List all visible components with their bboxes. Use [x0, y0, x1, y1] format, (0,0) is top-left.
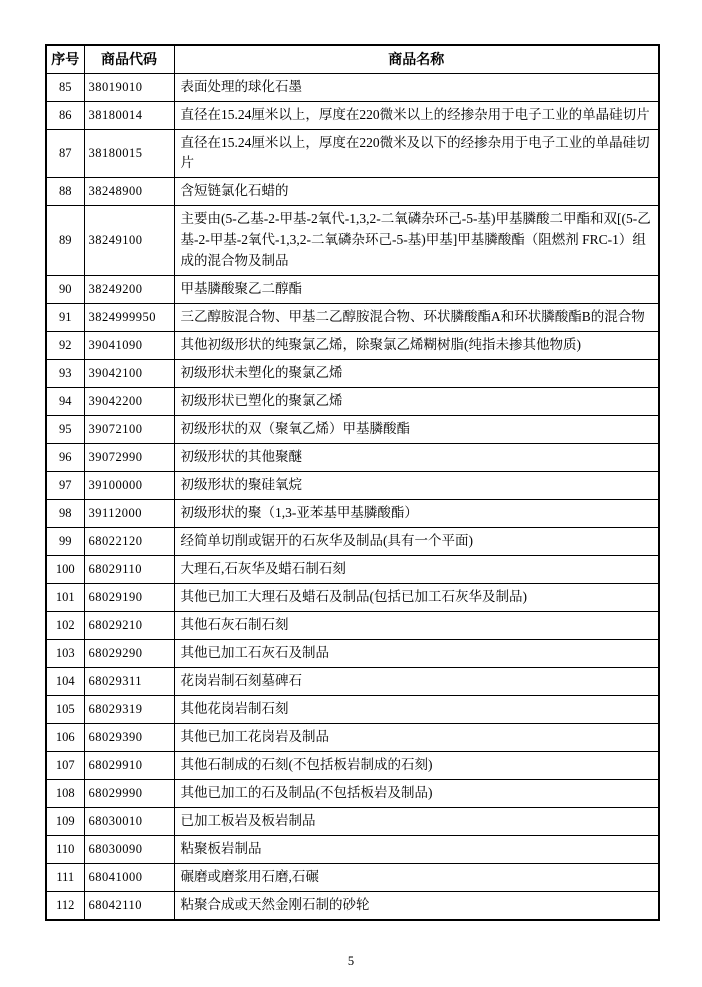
row-no: 106	[46, 724, 84, 752]
row-code: 68029190	[84, 584, 174, 612]
row-name: 花岗岩制石刻墓碑石	[174, 668, 659, 696]
row-name: 碾磨或磨浆用石磨,石碾	[174, 864, 659, 892]
row-code: 39072100	[84, 416, 174, 444]
table-row: 103 68029290 其他已加工石灰石及制品	[46, 640, 659, 668]
row-code: 38249100	[84, 206, 174, 276]
table-row: 97 39100000 初级形状的聚硅氧烷	[46, 472, 659, 500]
row-name: 初级形状的聚（1,3-亚苯基甲基膦酸酯）	[174, 500, 659, 528]
row-no: 103	[46, 640, 84, 668]
row-code: 68029910	[84, 752, 174, 780]
header-cell-name: 商品名称	[174, 45, 659, 73]
table-row: 91 3824999950 三乙醇胺混合物、甲基二乙醇胺混合物、环状膦酸酯A和环…	[46, 304, 659, 332]
row-code: 38180014	[84, 101, 174, 129]
row-no: 85	[46, 73, 84, 101]
row-name: 其他石灰石制石刻	[174, 612, 659, 640]
table-row: 88 38248900 含短链氯化石蜡的	[46, 178, 659, 206]
row-code: 68029210	[84, 612, 174, 640]
row-code: 68022120	[84, 528, 174, 556]
row-name: 直径在15.24厘米以上，厚度在220微米及以下的经掺杂用于电子工业的单晶硅切片	[174, 129, 659, 178]
row-no: 102	[46, 612, 84, 640]
table-row: 92 39041090 其他初级形状的纯聚氯乙烯，除聚氯乙烯糊树脂(纯指未掺其他…	[46, 332, 659, 360]
row-no: 87	[46, 129, 84, 178]
row-no: 111	[46, 864, 84, 892]
row-name: 粘聚板岩制品	[174, 836, 659, 864]
row-name: 其他已加工花岗岩及制品	[174, 724, 659, 752]
row-code: 38249200	[84, 276, 174, 304]
table-row: 106 68029390 其他已加工花岗岩及制品	[46, 724, 659, 752]
row-no: 109	[46, 808, 84, 836]
row-name: 其他初级形状的纯聚氯乙烯，除聚氯乙烯糊树脂(纯指未掺其他物质)	[174, 332, 659, 360]
header-cell-no: 序号	[46, 45, 84, 73]
table-row: 112 68042110 粘聚合成或天然金刚石制的砂轮	[46, 892, 659, 920]
table-row: 100 68029110 大理石,石灰华及蜡石制石刻	[46, 556, 659, 584]
row-name: 初级形状未塑化的聚氯乙烯	[174, 360, 659, 388]
row-code: 68029110	[84, 556, 174, 584]
row-no: 110	[46, 836, 84, 864]
table-row: 89 38249100 主要由(5-乙基-2-甲基-2氧代-1,3,2-二氧磷杂…	[46, 206, 659, 276]
table-header: 序号 商品代码 商品名称	[46, 45, 659, 73]
header-row: 序号 商品代码 商品名称	[46, 45, 659, 73]
row-code: 39100000	[84, 472, 174, 500]
row-code: 68042110	[84, 892, 174, 920]
goods-table: 序号 商品代码 商品名称 85 38019010 表面处理的球化石墨 86 38…	[45, 44, 660, 921]
row-no: 105	[46, 696, 84, 724]
row-name: 初级形状的其他聚醚	[174, 444, 659, 472]
row-code: 39041090	[84, 332, 174, 360]
table-row: 94 39042200 初级形状已塑化的聚氯乙烯	[46, 388, 659, 416]
row-code: 68030010	[84, 808, 174, 836]
table-row: 95 39072100 初级形状的双（聚氧乙烯）甲基膦酸酯	[46, 416, 659, 444]
document-page: 序号 商品代码 商品名称 85 38019010 表面处理的球化石墨 86 38…	[0, 0, 702, 987]
row-name: 初级形状的聚硅氧烷	[174, 472, 659, 500]
row-name: 经简单切削或锯开的石灰华及制品(具有一个平面)	[174, 528, 659, 556]
row-no: 98	[46, 500, 84, 528]
row-no: 93	[46, 360, 84, 388]
table-row: 101 68029190 其他已加工大理石及蜡石及制品(包括已加工石灰华及制品)	[46, 584, 659, 612]
table-row: 109 68030010 已加工板岩及板岩制品	[46, 808, 659, 836]
table-row: 90 38249200 甲基膦酸聚乙二醇酯	[46, 276, 659, 304]
row-code: 3824999950	[84, 304, 174, 332]
table-row: 98 39112000 初级形状的聚（1,3-亚苯基甲基膦酸酯）	[46, 500, 659, 528]
row-code: 38019010	[84, 73, 174, 101]
row-no: 96	[46, 444, 84, 472]
row-name: 已加工板岩及板岩制品	[174, 808, 659, 836]
row-no: 108	[46, 780, 84, 808]
row-no: 88	[46, 178, 84, 206]
row-no: 90	[46, 276, 84, 304]
table-row: 87 38180015 直径在15.24厘米以上，厚度在220微米及以下的经掺杂…	[46, 129, 659, 178]
table-row: 107 68029910 其他石制成的石刻(不包括板岩制成的石刻)	[46, 752, 659, 780]
table-row: 85 38019010 表面处理的球化石墨	[46, 73, 659, 101]
row-name: 甲基膦酸聚乙二醇酯	[174, 276, 659, 304]
row-name: 其他已加工的石及制品(不包括板岩及制品)	[174, 780, 659, 808]
table-row: 111 68041000 碾磨或磨浆用石磨,石碾	[46, 864, 659, 892]
row-no: 97	[46, 472, 84, 500]
row-name: 含短链氯化石蜡的	[174, 178, 659, 206]
row-code: 39042100	[84, 360, 174, 388]
table-row: 110 68030090 粘聚板岩制品	[46, 836, 659, 864]
row-code: 68029990	[84, 780, 174, 808]
row-code: 39112000	[84, 500, 174, 528]
row-name: 其他石制成的石刻(不包括板岩制成的石刻)	[174, 752, 659, 780]
row-no: 107	[46, 752, 84, 780]
table-row: 86 38180014 直径在15.24厘米以上，厚度在220微米以上的经掺杂用…	[46, 101, 659, 129]
row-no: 112	[46, 892, 84, 920]
table-row: 108 68029990 其他已加工的石及制品(不包括板岩及制品)	[46, 780, 659, 808]
table-row: 102 68029210 其他石灰石制石刻	[46, 612, 659, 640]
table-row: 105 68029319 其他花岗岩制石刻	[46, 696, 659, 724]
row-code: 68041000	[84, 864, 174, 892]
row-no: 86	[46, 101, 84, 129]
row-name: 大理石,石灰华及蜡石制石刻	[174, 556, 659, 584]
row-name: 主要由(5-乙基-2-甲基-2氧代-1,3,2-二氧磷杂环己-5-基)甲基膦酸二…	[174, 206, 659, 276]
header-cell-code: 商品代码	[84, 45, 174, 73]
row-no: 100	[46, 556, 84, 584]
table-row: 93 39042100 初级形状未塑化的聚氯乙烯	[46, 360, 659, 388]
row-name: 其他已加工石灰石及制品	[174, 640, 659, 668]
table-body: 85 38019010 表面处理的球化石墨 86 38180014 直径在15.…	[46, 73, 659, 920]
row-name: 初级形状的双（聚氧乙烯）甲基膦酸酯	[174, 416, 659, 444]
row-name: 其他花岗岩制石刻	[174, 696, 659, 724]
row-no: 99	[46, 528, 84, 556]
row-name: 初级形状已塑化的聚氯乙烯	[174, 388, 659, 416]
row-no: 92	[46, 332, 84, 360]
row-code: 38180015	[84, 129, 174, 178]
row-no: 104	[46, 668, 84, 696]
row-no: 94	[46, 388, 84, 416]
row-code: 38248900	[84, 178, 174, 206]
row-name: 表面处理的球化石墨	[174, 73, 659, 101]
table-row: 96 39072990 初级形状的其他聚醚	[46, 444, 659, 472]
row-code: 68029290	[84, 640, 174, 668]
row-name: 粘聚合成或天然金刚石制的砂轮	[174, 892, 659, 920]
row-no: 91	[46, 304, 84, 332]
page-number: 5	[0, 954, 702, 969]
row-no: 101	[46, 584, 84, 612]
row-code: 39072990	[84, 444, 174, 472]
table-row: 99 68022120 经简单切削或锯开的石灰华及制品(具有一个平面)	[46, 528, 659, 556]
row-code: 68029319	[84, 696, 174, 724]
row-code: 68029390	[84, 724, 174, 752]
row-code: 68030090	[84, 836, 174, 864]
table-row: 104 68029311 花岗岩制石刻墓碑石	[46, 668, 659, 696]
row-code: 39042200	[84, 388, 174, 416]
row-code: 68029311	[84, 668, 174, 696]
row-no: 95	[46, 416, 84, 444]
row-name: 直径在15.24厘米以上，厚度在220微米以上的经掺杂用于电子工业的单晶硅切片	[174, 101, 659, 129]
row-name: 三乙醇胺混合物、甲基二乙醇胺混合物、环状膦酸酯A和环状膦酸酯B的混合物	[174, 304, 659, 332]
row-name: 其他已加工大理石及蜡石及制品(包括已加工石灰华及制品)	[174, 584, 659, 612]
row-no: 89	[46, 206, 84, 276]
